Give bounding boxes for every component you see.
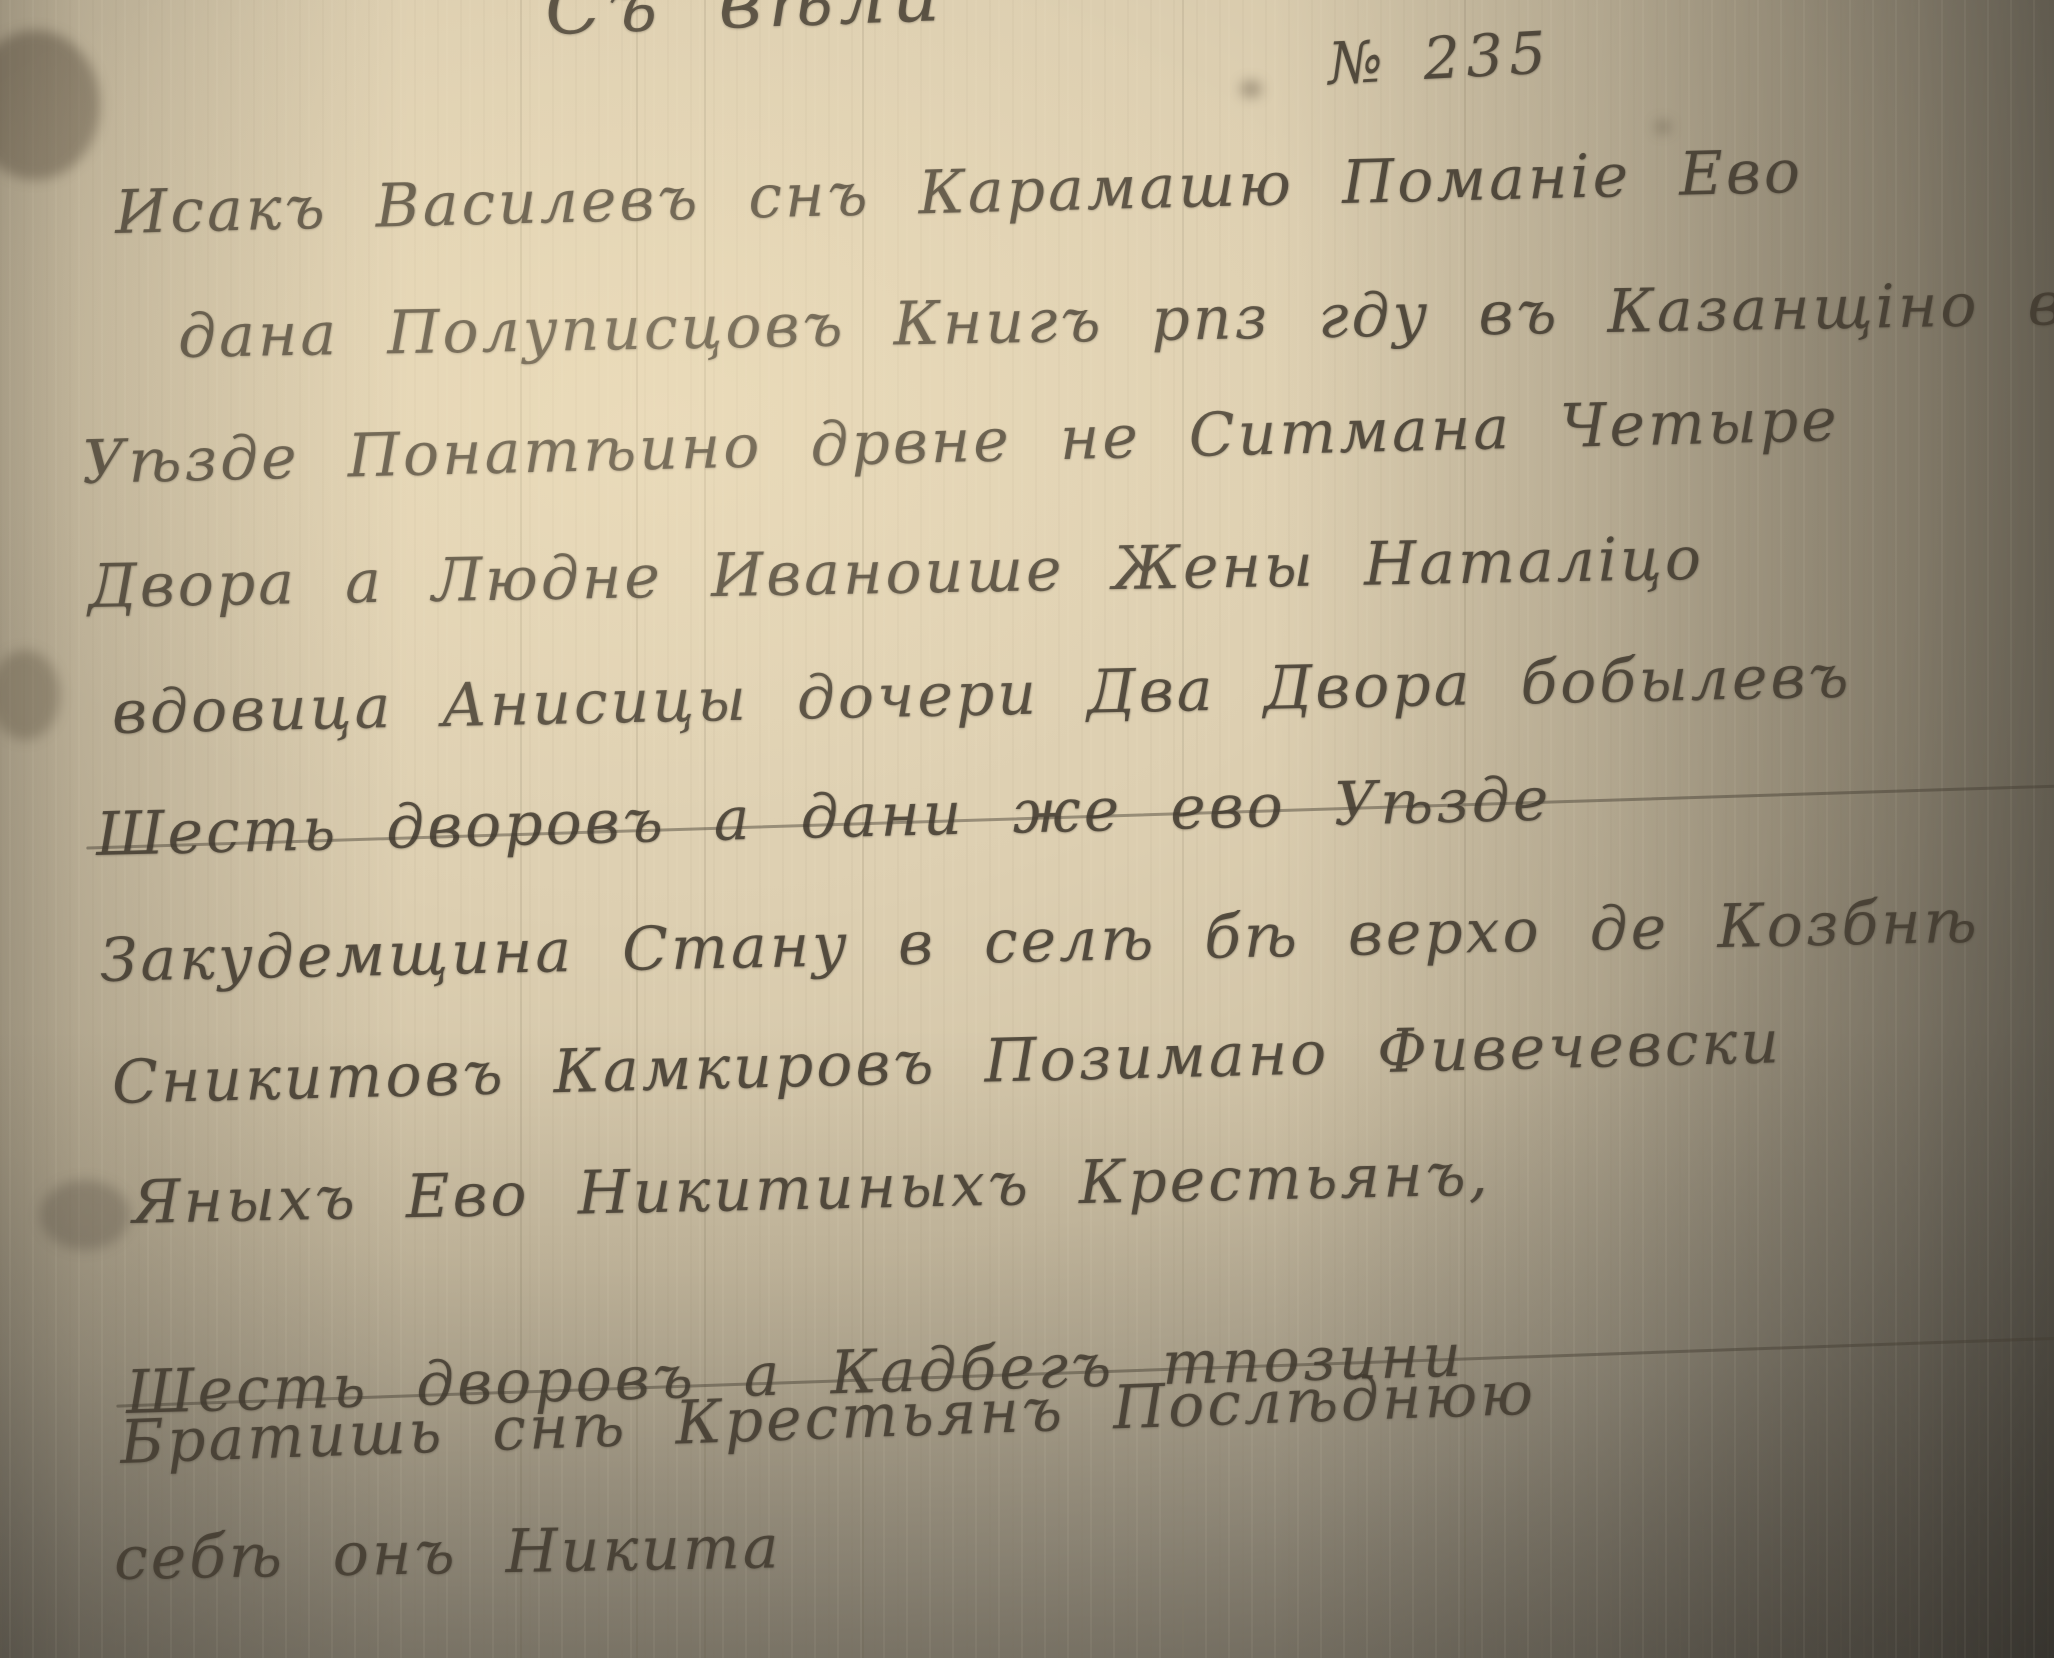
manuscript-page: Съ вѣли № 235 Исакъ Василевъ снъ Карамаш…	[0, 0, 2054, 1658]
text-line: Исакъ Василевъ снъ Карамашю Поманіе Ево	[114, 137, 1804, 248]
text-line: вдовица Анисицы дочери Два Двора бобылев…	[111, 642, 1852, 748]
ink-blot	[40, 1180, 130, 1250]
header-script: Съ вѣли	[543, 0, 946, 52]
folio-number: № 235	[1326, 18, 1553, 98]
text-line: себѣ онъ Никита	[113, 1512, 782, 1594]
text-line: Двора а Людне Иваноише Жены Наталіцо	[87, 524, 1704, 622]
text-line: дана Полуписцовъ Книгъ рпз гду въ Казанщ…	[177, 268, 2054, 372]
text-line-label: Шесть дворовъ а дани же ево Уѣзде	[95, 764, 1552, 870]
ink-spot	[1655, 120, 1671, 134]
text-line: Закудемщина Стану в селѣ бѣ верхо де Коз…	[99, 887, 1980, 996]
text-line: Уѣзде Понатѣино дрвне не Ситмана Четыре	[81, 385, 1840, 498]
text-line: Шесть дворовъ а дани же ево Уѣзде	[95, 750, 2054, 870]
ink-spot	[1240, 80, 1262, 98]
ink-blot	[0, 650, 60, 740]
text-line: Сникитовъ Камкировъ Позимано Фивечевски	[111, 1007, 1782, 1118]
text-line: Яныхъ Ево Никитиныхъ Крестьянъ,	[131, 1140, 1491, 1238]
ink-blot	[0, 30, 100, 180]
